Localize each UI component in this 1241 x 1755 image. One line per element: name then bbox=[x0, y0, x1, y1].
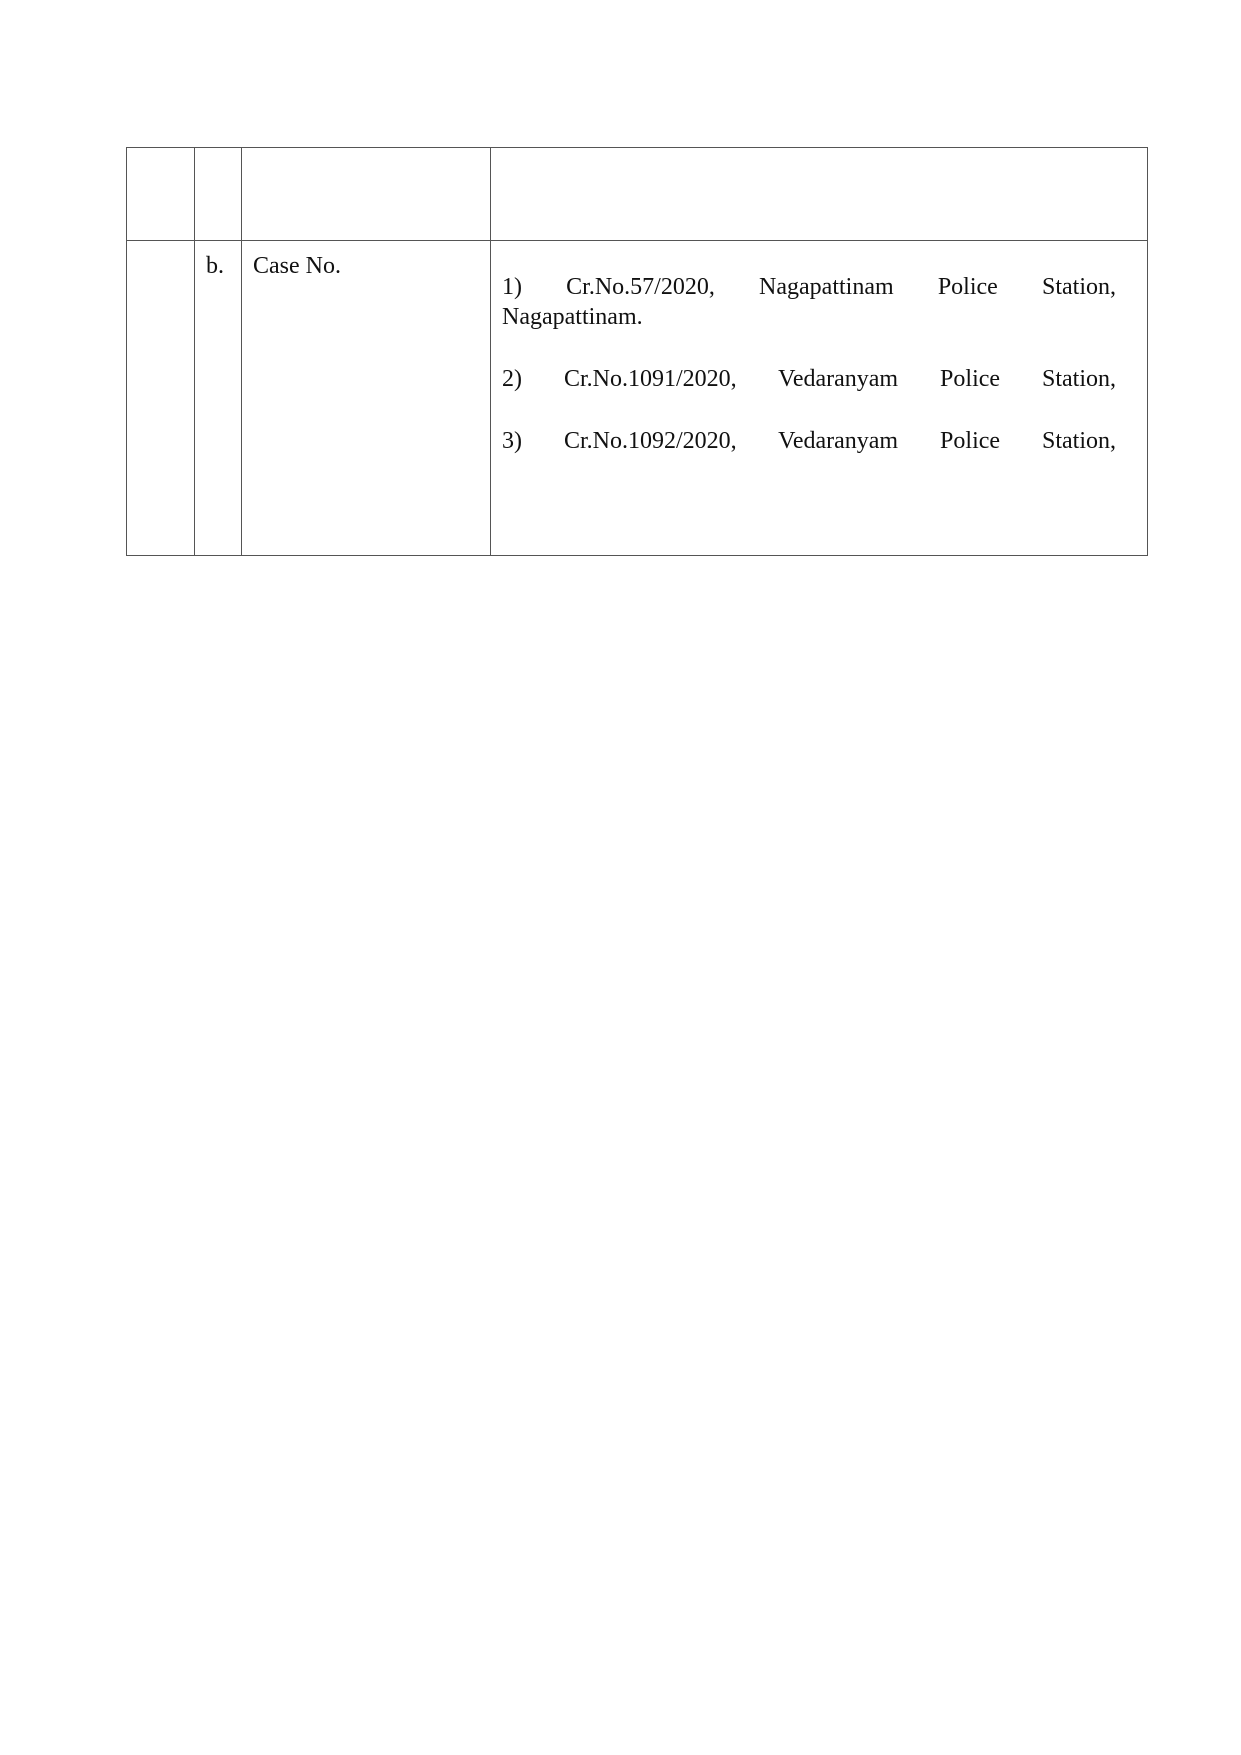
case-entry-line: 1) Cr.No.57/2020, Nagapattinam Police St… bbox=[502, 272, 1116, 302]
case-details-table: b. Case No. 1) Cr.No.57/2020, Nagapattin… bbox=[126, 147, 1148, 556]
case-entry-2: 2) Cr.No.1091/2020, Vedaranyam Police St… bbox=[502, 364, 1116, 394]
letter-cell bbox=[195, 148, 242, 241]
case-entry-line: 3) Cr.No.1092/2020, Vedaranyam Police St… bbox=[502, 426, 1116, 456]
serial-cell bbox=[127, 241, 195, 556]
case-entry-continuation: Nagapattinam. bbox=[502, 302, 1116, 332]
table-row: b. Case No. 1) Cr.No.57/2020, Nagapattin… bbox=[127, 241, 1148, 556]
document-page: b. Case No. 1) Cr.No.57/2020, Nagapattin… bbox=[0, 0, 1241, 1755]
case-entry-3: 3) Cr.No.1092/2020, Vedaranyam Police St… bbox=[502, 426, 1116, 456]
table-row bbox=[127, 148, 1148, 241]
case-list-cell: 1) Cr.No.57/2020, Nagapattinam Police St… bbox=[491, 241, 1148, 556]
value-cell bbox=[491, 148, 1148, 241]
case-no-label: Case No. bbox=[242, 241, 491, 556]
label-cell bbox=[242, 148, 491, 241]
item-letter: b. bbox=[195, 241, 242, 556]
case-entry-line: 2) Cr.No.1091/2020, Vedaranyam Police St… bbox=[502, 364, 1116, 394]
case-entry-1: 1) Cr.No.57/2020, Nagapattinam Police St… bbox=[502, 272, 1116, 332]
serial-cell bbox=[127, 148, 195, 241]
